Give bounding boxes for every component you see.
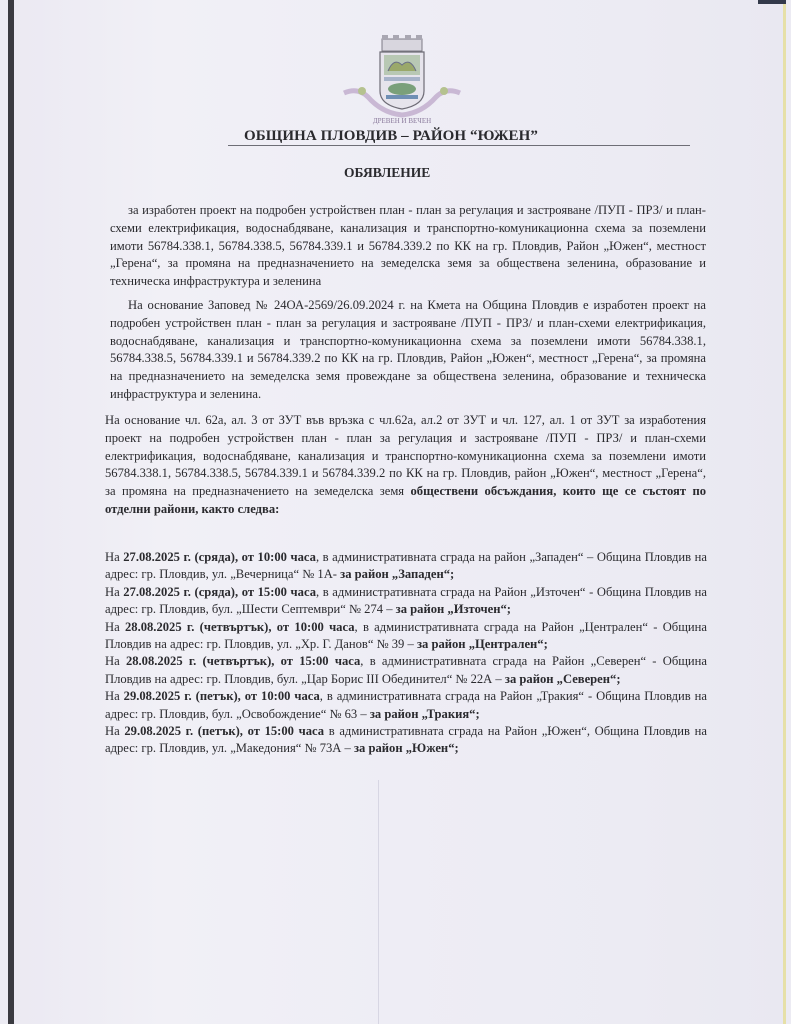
organization-name: ОБЩИНА ПЛОВДИВ – РАЙОН “ЮЖЕН” [244, 128, 538, 145]
entry-district: за район „Северен“; [505, 672, 621, 686]
scanned-page: ДРЕВЕН И ВЕЧЕН ОБЩИНА ПЛОВДИВ – РАЙОН “Ю… [8, 0, 786, 1024]
schedule-entry: На 27.08.2025 г. (сряда), от 10:00 часа,… [105, 549, 707, 584]
entry-district: за район „Централен“; [417, 637, 548, 651]
entry-district: за район „Източен“; [396, 602, 511, 616]
svg-text:ДРЕВЕН И ВЕЧЕН: ДРЕВЕН И ВЕЧЕН [373, 117, 431, 125]
legal-basis-paragraph: На основание чл. 62а, ал. 3 от ЗУТ във в… [105, 412, 706, 519]
entry-datetime: 27.08.2025 г. (сряда), от 15:00 часа [123, 585, 316, 599]
entry-prefix: На [105, 654, 126, 668]
paper-fold [378, 780, 379, 1024]
schedule-entry: На 27.08.2025 г. (сряда), от 15:00 часа,… [105, 584, 707, 619]
entry-datetime: 27.08.2025 г. (сряда), от 10:00 часа [123, 550, 316, 564]
scan-edge-left [8, 0, 14, 1024]
entry-datetime: 28.08.2025 г. (четвъртък), от 15:00 часа [126, 654, 360, 668]
entry-prefix: На [105, 620, 125, 634]
header-divider [228, 145, 690, 146]
entry-datetime: 29.08.2025 г. (петък), от 10:00 часа [124, 689, 320, 703]
subject-paragraph: за изработен проект на подробен устройст… [110, 202, 706, 291]
entry-prefix: На [105, 724, 124, 738]
entry-district: за район „Южен“; [354, 741, 459, 755]
entry-district: за район „Западен“; [340, 567, 454, 581]
scan-edge-top [758, 0, 786, 4]
hearing-schedule: На 27.08.2025 г. (сряда), от 10:00 часа,… [105, 549, 707, 758]
entry-prefix: На [105, 689, 124, 703]
coat-of-arms-icon: ДРЕВЕН И ВЕЧЕН [338, 35, 468, 125]
schedule-entry: На 29.08.2025 г. (петък), от 15:00 часа … [105, 723, 707, 758]
entry-district: за район „Тракия“; [370, 707, 480, 721]
document-title: ОБЯВЛЕНИЕ [344, 165, 430, 181]
entry-prefix: На [105, 585, 123, 599]
entry-datetime: 29.08.2025 г. (петък), от 15:00 часа [124, 724, 324, 738]
entry-datetime: 28.08.2025 г. (четвъртък), от 10:00 часа [125, 620, 355, 634]
scan-edge-right [783, 0, 786, 1024]
entry-prefix: На [105, 550, 123, 564]
order-paragraph: На основание Заповед № 24ОА-2569/26.09.2… [110, 297, 706, 404]
schedule-entry: На 28.08.2025 г. (четвъртък), от 15:00 ч… [105, 653, 707, 688]
schedule-entry: На 29.08.2025 г. (петък), от 10:00 часа,… [105, 688, 707, 723]
schedule-entry: На 28.08.2025 г. (четвъртък), от 10:00 ч… [105, 619, 707, 654]
